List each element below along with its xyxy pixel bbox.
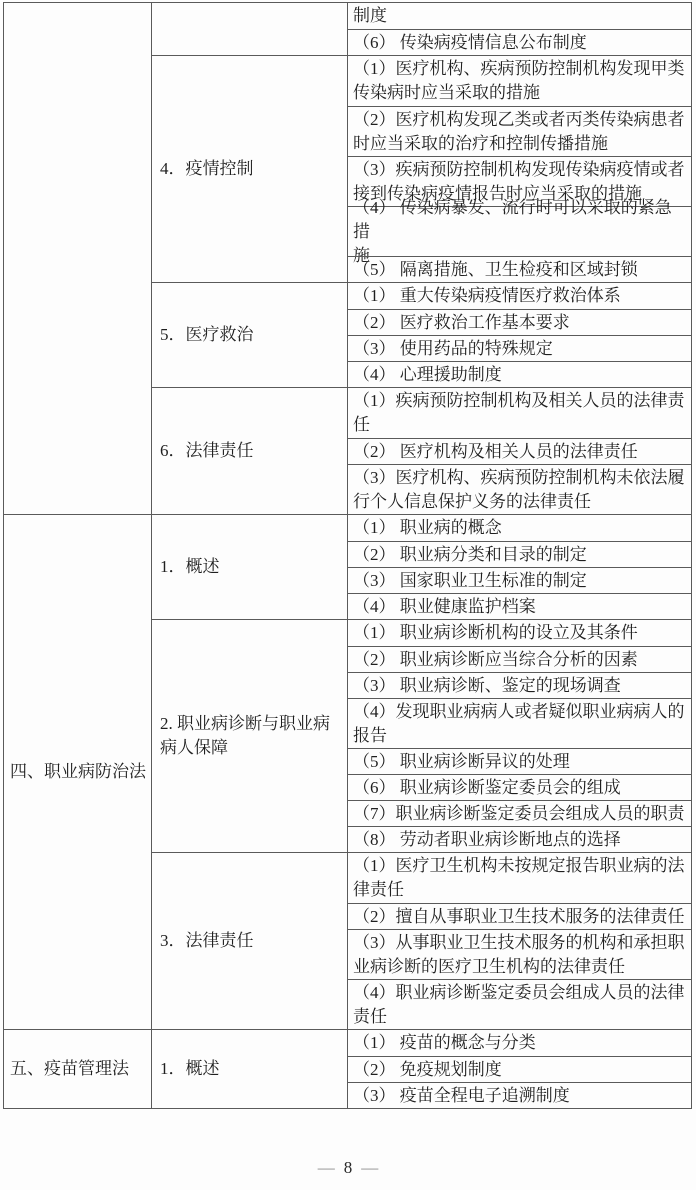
subsection-medical-treatment: 5．医疗救治 （1） 重大传染病疫情医疗救治体系 （2） 医疗救治工作基本要求 … (152, 282, 691, 387)
syllabus-item: （3） 职业病诊断、鉴定的现场调查 (348, 672, 691, 698)
syllabus-item: （3） 疫苗全程电子追溯制度 (348, 1082, 691, 1108)
subsection-stack: 制度 （6） 传染病疫情信息公布制度 4．疫情控制 （1）医疗机构、疾病预防控制… (152, 3, 691, 514)
subsection-label-cell: 3．法律责任 (152, 853, 348, 1029)
syllabus-item: （2） 职业病分类和目录的制定 (348, 541, 691, 567)
syllabus-item: （4）发现职业病病人或者疑似职业病病人的 报告 (348, 698, 691, 748)
chapter-cell (4, 3, 152, 514)
subsection-label-cell (152, 3, 348, 55)
subsection-legal-liability: 6．法律责任 （1）疾病预防控制机构及相关人员的法律责 任 （2） 医疗机构及相… (152, 387, 691, 514)
chapter-cell: 四、职业病防治法 (4, 515, 152, 1029)
subsection-diagnosis-and-protection: 2. 职业病诊断与职业病 病人保障 （1） 职业病诊断机构的设立及其条件 （2）… (152, 619, 691, 852)
syllabus-item: （5） 职业病诊断异议的处理 (348, 748, 691, 774)
syllabus-item: （2） 医疗救治工作基本要求 (348, 309, 691, 335)
subsection-label-cell: 1．概述 (152, 515, 348, 619)
syllabus-item: （1） 重大传染病疫情医疗救治体系 (348, 283, 691, 309)
subsection-stack: 1．概述 （1） 疫苗的概念与分类 （2） 免疫规划制度 （3） 疫苗全程电子追… (152, 1030, 691, 1108)
syllabus-item: （3） 使用药品的特殊规定 (348, 335, 691, 361)
syllabus-item: （7）职业病诊断鉴定委员会组成人员的职责 (348, 800, 691, 826)
table-section-infectious-disease-law: 制度 （6） 传染病疫情信息公布制度 4．疫情控制 （1）医疗机构、疾病预防控制… (4, 3, 691, 514)
subsection-epidemic-control: 4．疫情控制 （1）医疗机构、疾病预防控制机构发现甲类 传染病时应当采取的措施 … (152, 55, 691, 282)
subsection-stack: 1．概述 （1） 职业病的概念 （2） 职业病分类和目录的制定 （3） 国家职业… (152, 515, 691, 1029)
syllabus-item: （4） 职业健康监护档案 (348, 593, 691, 619)
syllabus-item: （3）从事职业卫生技术服务的机构和承担职 业病诊断的医疗卫生机构的法律责任 (348, 929, 691, 979)
item-stack: （1）疾病预防控制机构及相关人员的法律责 任 （2） 医疗机构及相关人员的法律责… (348, 388, 691, 514)
syllabus-item: （3）医疗机构、疾病预防控制机构未依法履 行个人信息保护义务的法律责任 (348, 464, 691, 514)
chapter-cell: 五、疫苗管理法 (4, 1030, 152, 1108)
syllabus-item: （1） 职业病诊断机构的设立及其条件 (348, 620, 691, 646)
item-stack: （1） 职业病诊断机构的设立及其条件 （2） 职业病诊断应当综合分析的因素 （3… (348, 620, 691, 852)
syllabus-table: 制度 （6） 传染病疫情信息公布制度 4．疫情控制 （1）医疗机构、疾病预防控制… (3, 2, 692, 1109)
syllabus-item: （6） 职业病诊断鉴定委员会的组成 (348, 774, 691, 800)
syllabus-item: （4）职业病诊断鉴定委员会组成人员的法律 责任 (348, 979, 691, 1029)
item-stack: （1）医疗机构、疾病预防控制机构发现甲类 传染病时应当采取的措施 （2）医疗机构… (348, 56, 691, 282)
syllabus-item: （1）疾病预防控制机构及相关人员的法律责 任 (348, 388, 691, 438)
syllabus-item: （6） 传染病疫情信息公布制度 (348, 29, 691, 55)
syllabus-item: （2）擅自从事职业卫生技术服务的法律责任 (348, 903, 691, 929)
subsection-label-cell: 4．疫情控制 (152, 56, 348, 282)
syllabus-item: （1） 职业病的概念 (348, 515, 691, 541)
syllabus-item: （4） 传染病暴发、流行时可以采取的紧急措 施 (348, 206, 691, 256)
item-stack: （1） 重大传染病疫情医疗救治体系 （2） 医疗救治工作基本要求 （3） 使用药… (348, 283, 691, 387)
document-page: 制度 （6） 传染病疫情信息公布制度 4．疫情控制 （1）医疗机构、疾病预防控制… (0, 0, 696, 1190)
syllabus-item: （1） 疫苗的概念与分类 (348, 1030, 691, 1056)
syllabus-item: 制度 (348, 3, 691, 29)
subsection-label-cell: 6．法律责任 (152, 388, 348, 514)
item-stack: （1）医疗卫生机构未按规定报告职业病的法 律责任 （2）擅自从事职业卫生技术服务… (348, 853, 691, 1029)
item-stack: （1） 疫苗的概念与分类 （2） 免疫规划制度 （3） 疫苗全程电子追溯制度 (348, 1030, 691, 1108)
table-section-vaccine-law: 五、疫苗管理法 1．概述 （1） 疫苗的概念与分类 （2） 免疫规划制度 （3）… (4, 1029, 691, 1108)
syllabus-item: （2） 医疗机构及相关人员的法律责任 (348, 438, 691, 464)
syllabus-item: （1）医疗卫生机构未按规定报告职业病的法 律责任 (348, 853, 691, 903)
footer-left-dash: — (318, 1158, 335, 1177)
syllabus-item: （4） 心理援助制度 (348, 361, 691, 387)
syllabus-item: （2） 职业病诊断应当综合分析的因素 (348, 646, 691, 672)
subsection-label-cell: 5．医疗救治 (152, 283, 348, 387)
subsection-overview: 1．概述 （1） 职业病的概念 （2） 职业病分类和目录的制定 （3） 国家职业… (152, 515, 691, 619)
subsection-label-cell: 1．概述 (152, 1030, 348, 1108)
table-section-occupational-disease-law: 四、职业病防治法 1．概述 （1） 职业病的概念 （2） 职业病分类和目录的制定… (4, 514, 691, 1029)
subsection-overview: 1．概述 （1） 疫苗的概念与分类 （2） 免疫规划制度 （3） 疫苗全程电子追… (152, 1030, 691, 1108)
syllabus-item: （3） 国家职业卫生标准的制定 (348, 567, 691, 593)
item-stack: （1） 职业病的概念 （2） 职业病分类和目录的制定 （3） 国家职业卫生标准的… (348, 515, 691, 619)
subsection-label-cell: 2. 职业病诊断与职业病 病人保障 (152, 620, 348, 852)
footer-right-dash: — (361, 1158, 378, 1177)
syllabus-item: （2） 免疫规划制度 (348, 1056, 691, 1082)
subsection-legal-liability: 3．法律责任 （1）医疗卫生机构未按规定报告职业病的法 律责任 （2）擅自从事职… (152, 852, 691, 1029)
page-footer: —8— (0, 1158, 696, 1178)
subsection-continuation: 制度 （6） 传染病疫情信息公布制度 (152, 3, 691, 55)
syllabus-item: （5） 隔离措施、卫生检疫和区域封锁 (348, 256, 691, 282)
syllabus-item: （8） 劳动者职业病诊断地点的选择 (348, 826, 691, 852)
syllabus-item: （2）医疗机构发现乙类或者丙类传染病患者 时应当采取的治疗和控制传播措施 (348, 106, 691, 156)
page-number: 8 (344, 1158, 353, 1177)
syllabus-item: （1）医疗机构、疾病预防控制机构发现甲类 传染病时应当采取的措施 (348, 56, 691, 106)
item-stack: 制度 （6） 传染病疫情信息公布制度 (348, 3, 691, 55)
